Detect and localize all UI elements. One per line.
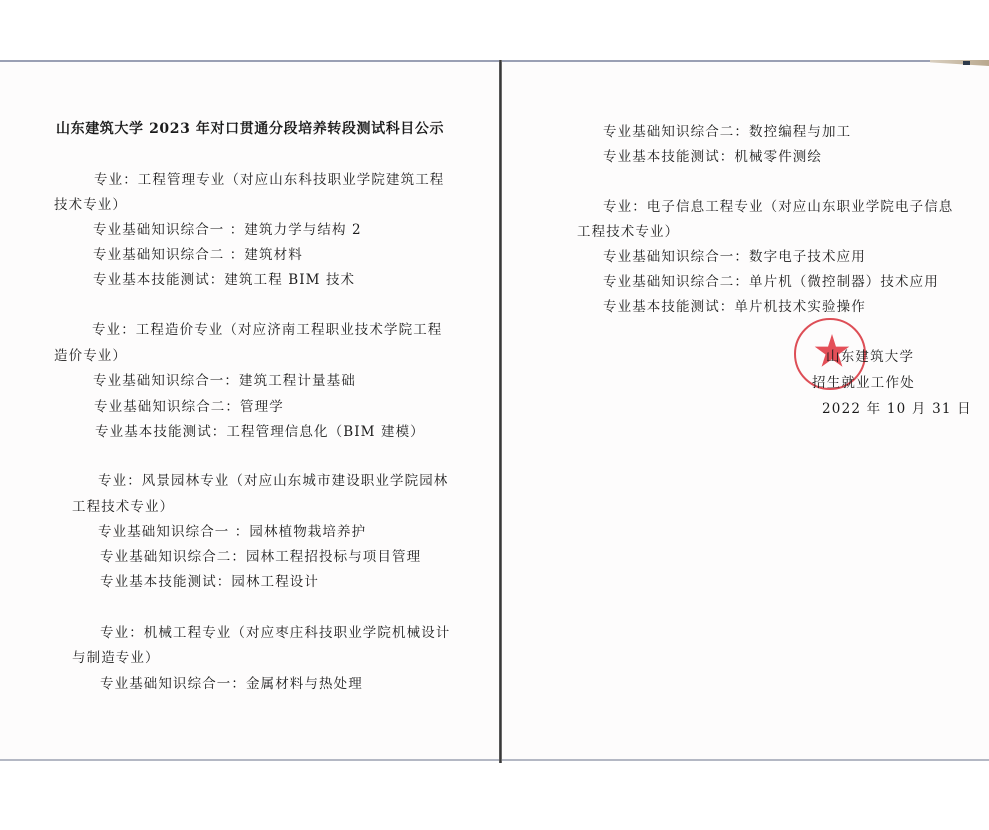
major-line: 专业：工程管理专业（对应山东科技职业学院建筑工程	[94, 168, 444, 188]
subject-line: 专业基础知识综合二：单片机（微控制器）技术应用	[603, 270, 939, 290]
signature-org: 山东建筑大学	[826, 345, 914, 365]
subject-line: 专业基础知识综合二：园林工程招投标与项目管理	[100, 545, 421, 565]
major-line-cont: 技术专业）	[54, 193, 127, 213]
subject-line: 专业基础知识综合一：金属材料与热处理	[100, 672, 363, 692]
subject-line: 专业基础知识综合一 ：园林植物栽培养护	[98, 520, 366, 540]
subject-line: 专业基本技能测试：园林工程设计	[100, 570, 319, 590]
document-title: 山东建筑大学 2023 年对口贯通分段培养转段测试科目公示	[56, 118, 444, 138]
major-line: 专业：工程造价专业（对应济南工程职业技术学院工程	[92, 318, 442, 338]
major-line-cont: 工程技术专业）	[577, 220, 679, 240]
major-line-cont: 工程技术专业）	[72, 495, 174, 515]
subject-line: 专业基本技能测试：建筑工程 BIM 技术	[93, 268, 355, 288]
subject-line: 专业基础知识综合二：管理学	[94, 395, 284, 415]
major-line-cont: 造价专业）	[54, 344, 127, 364]
signature-date: 2022 年 10 月 31 日	[822, 397, 972, 417]
subject-line: 专业基础知识综合一：建筑工程计量基础	[93, 369, 356, 389]
page-fold-divider	[499, 60, 502, 763]
signature-dept: 招生就业工作处	[812, 371, 915, 391]
major-line: 专业：电子信息工程专业（对应山东职业学院电子信息	[603, 195, 953, 215]
subject-line: 专业基础知识综合二 ：建筑材料	[93, 243, 303, 263]
subject-line: 专业基础知识综合二：数控编程与加工	[603, 120, 851, 140]
subject-line: 专业基础知识综合一：数字电子技术应用	[603, 245, 866, 265]
major-line: 专业：风景园林专业（对应山东城市建设职业学院园林	[98, 469, 448, 489]
major-line-cont: 与制造专业）	[72, 646, 160, 666]
subject-line: 专业基本技能测试：机械零件测绘	[603, 145, 822, 165]
corner-mark	[963, 61, 970, 65]
subject-line: 专业基本技能测试：工程管理信息化（BIM 建模）	[95, 420, 425, 440]
subject-line: 专业基础知识综合一 ：建筑力学与结构 2	[93, 218, 362, 238]
major-line: 专业：机械工程专业（对应枣庄科技职业学院机械设计	[100, 621, 450, 641]
subject-line: 专业基本技能测试：单片机技术实验操作	[603, 295, 866, 315]
